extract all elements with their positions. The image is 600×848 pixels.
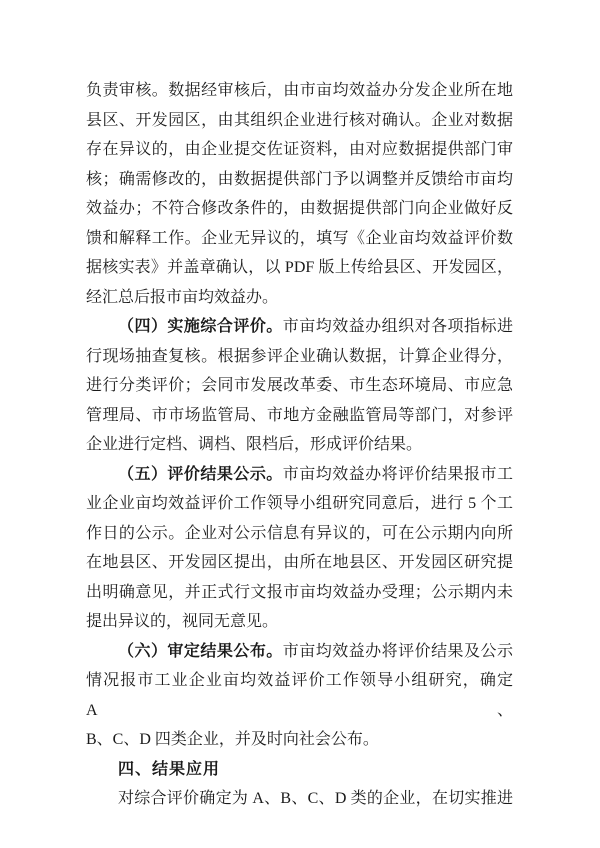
text-line: （五）评价结果公示。市亩均效益办将评价结果报市工 — [86, 460, 513, 490]
text-line: 县区、开发园区，由其组织企业进行核对确认。企业对数据 — [86, 106, 513, 136]
bold-lead-in: （四）实施综合评价。 — [118, 318, 283, 335]
text-line: 提出异议的，视同无意见。 — [86, 607, 513, 637]
text-segment: 市亩均效益办将评价结果及公示 — [283, 643, 513, 660]
text-line: 负责审核。数据经审核后，由市亩均效益办分发企业所在地 — [86, 76, 513, 106]
text-line: 管理局、市市场监管局、市地方金融监管局等部门，对参评 — [86, 401, 513, 431]
section-heading: 四、结果应用 — [86, 755, 513, 785]
text-segment: B、C、D 四类企业，并及时向社会公布。 — [86, 731, 379, 748]
text-segment: 情况报市工业企业亩均效益评价工作领导小组研究，确定 A、 — [86, 672, 513, 719]
text-line: 对综合评价确定为 A、B、C、D 类的企业，在切实推进 — [86, 784, 513, 814]
text-segment: 出明确意见，并正式行文报市亩均效益办受理；公示期内未 — [86, 584, 513, 601]
text-segment: 管理局、市市场监管局、市地方金融监管局等部门，对参评 — [86, 407, 513, 424]
text-line: 存在异议的，由企业提交佐证资料，由对应数据提供部门审 — [86, 135, 513, 165]
text-segment: 县区、开发园区，由其组织企业进行核对确认。企业对数据 — [86, 112, 513, 129]
text-segment: 行现场抽查复核。根据参评企业确认数据，计算企业得分， — [86, 348, 513, 365]
text-line: B、C、D 四类企业，并及时向社会公布。 — [86, 725, 513, 755]
text-segment: 效益办；不符合修改条件的，由数据提供部门向企业做好反 — [86, 200, 513, 217]
text-line: 企业进行定档、调档、限档后，形成评价结果。 — [86, 430, 513, 460]
text-segment: 市亩均效益办组织对各项指标进 — [283, 318, 513, 335]
text-segment: 核；确需修改的，由数据提供部门予以调整并反馈给市亩均 — [86, 171, 513, 188]
text-line: 效益办；不符合修改条件的，由数据提供部门向企业做好反 — [86, 194, 513, 224]
text-line: 经汇总后报市亩均效益办。 — [86, 283, 513, 313]
text-segment: 提出异议的，视同无意见。 — [86, 613, 278, 630]
bold-lead-in: （六）审定结果公布。 — [118, 643, 283, 660]
text-line: 核；确需修改的，由数据提供部门予以调整并反馈给市亩均 — [86, 165, 513, 195]
text-line: 据核实表》并盖章确认，以 PDF 版上传给县区、开发园区， — [86, 253, 513, 283]
text-segment: 市亩均效益办将评价结果报市工 — [283, 466, 513, 483]
text-segment: 作日的公示。企业对公示信息有异议的，可在公示期内向所 — [86, 525, 513, 542]
text-line: （四）实施综合评价。市亩均效益办组织对各项指标进 — [86, 312, 513, 342]
text-line: 出明确意见，并正式行文报市亩均效益办受理；公示期内未 — [86, 578, 513, 608]
text-line: 作日的公示。企业对公示信息有异议的，可在公示期内向所 — [86, 519, 513, 549]
text-segment: 馈和解释工作。企业无异议的，填写《企业亩均效益评价数 — [86, 230, 513, 247]
text-line: （六）审定结果公布。市亩均效益办将评价结果及公示 — [86, 637, 513, 667]
text-segment: 进行分类评价；会同市发展改革委、市生态环境局、市应急 — [86, 377, 513, 394]
text-segment: 存在异议的，由企业提交佐证资料，由对应数据提供部门审 — [86, 141, 513, 158]
text-segment: 业企业亩均效益评价工作领导小组研究同意后，进行 5 个工 — [86, 495, 513, 512]
text-segment: 对综合评价确定为 A、B、C、D 类的企业，在切实推进 — [118, 790, 513, 807]
text-segment: 负责审核。数据经审核后，由市亩均效益办分发企业所在地 — [86, 82, 513, 99]
text-block: 负责审核。数据经审核后，由市亩均效益办分发企业所在地县区、开发园区，由其组织企业… — [86, 76, 513, 814]
text-line: 在地县区、开发园区提出，由所在地县区、开发园区研究提 — [86, 548, 513, 578]
text-line: 进行分类评价；会同市发展改革委、市生态环境局、市应急 — [86, 371, 513, 401]
text-line: 行现场抽查复核。根据参评企业确认数据，计算企业得分， — [86, 342, 513, 372]
text-segment: 四、结果应用 — [118, 761, 220, 778]
document-page: 负责审核。数据经审核后，由市亩均效益办分发企业所在地县区、开发园区，由其组织企业… — [0, 0, 600, 848]
text-segment: 经汇总后报市亩均效益办。 — [86, 289, 278, 306]
text-line: 馈和解释工作。企业无异议的，填写《企业亩均效益评价数 — [86, 224, 513, 254]
text-segment: 在地县区、开发园区提出，由所在地县区、开发园区研究提 — [86, 554, 513, 571]
bold-lead-in: （五）评价结果公示。 — [118, 466, 283, 483]
text-segment: 企业进行定档、调档、限档后，形成评价结果。 — [86, 436, 422, 453]
text-segment: 据核实表》并盖章确认，以 PDF 版上传给县区、开发园区， — [86, 259, 513, 276]
text-line: 业企业亩均效益评价工作领导小组研究同意后，进行 5 个工 — [86, 489, 513, 519]
text-line: 情况报市工业企业亩均效益评价工作领导小组研究，确定 A、 — [86, 666, 513, 725]
